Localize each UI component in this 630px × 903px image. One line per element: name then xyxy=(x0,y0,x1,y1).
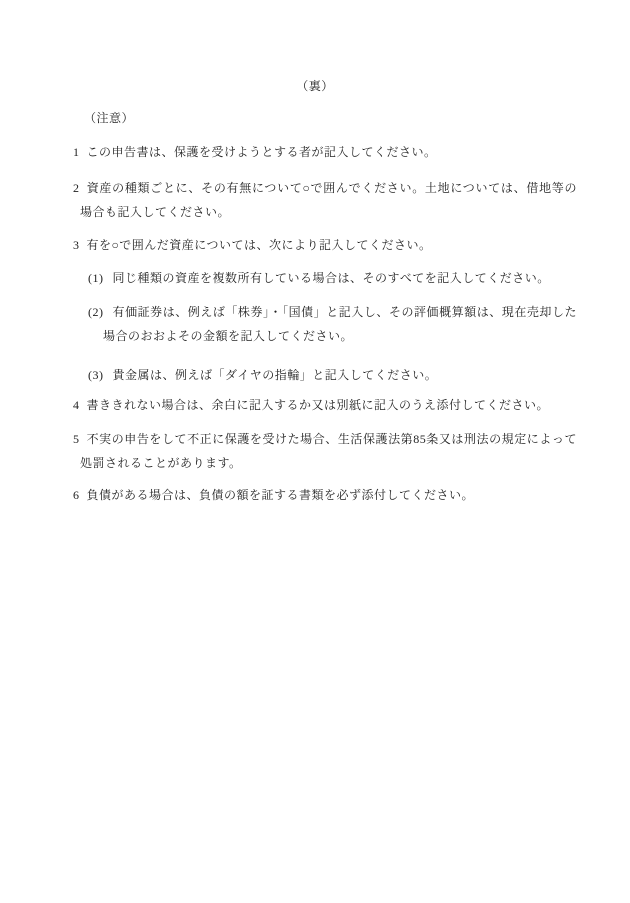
note-item-4-number: 4 xyxy=(73,398,80,412)
note-item-1-number: 1 xyxy=(73,145,80,159)
note-item-6-number: 6 xyxy=(73,488,80,502)
note-item-2-text: 資産の種類ごとに、その有無について○で囲んでください。土地については、借地等の場… xyxy=(80,181,577,219)
note-item-6: 6負債がある場合は、負債の額を証する書類を必ず添付してください。 xyxy=(73,483,577,507)
note-item-3-sub-2-number: (2) xyxy=(88,305,104,319)
note-item-3-sub-3-number: (3) xyxy=(88,368,104,382)
page-side-title: （裏） xyxy=(53,74,577,98)
note-item-1-text: この申告書は、保護を受けようとする者が記入してください。 xyxy=(87,145,437,159)
note-item-5-number: 5 xyxy=(73,432,80,446)
note-item-3-sub-2-text: 有価証券は、例えば「株券」・「国債」と記入し、その評価概算額は、現在売却した場合… xyxy=(103,305,577,343)
note-item-3-sub-1-number: (1) xyxy=(88,271,104,285)
note-item-5-text: 不実の申告をして不正に保護を受けた場合、生活保護法第85条又は刑法の規定によって… xyxy=(80,432,577,470)
note-item-1: 1この申告書は、保護を受けようとする者が記入してください。 xyxy=(73,140,577,164)
note-item-5: 5不実の申告をして不正に保護を受けた場合、生活保護法第85条又は刑法の規定によっ… xyxy=(73,427,577,475)
note-item-3-text: 有を○で囲んだ資産については、次により記入してください。 xyxy=(87,238,432,252)
note-item-4-text: 書ききれない場合は、余白に記入するか又は別紙に記入のうえ添付してください。 xyxy=(87,398,550,412)
note-item-4: 4書ききれない場合は、余白に記入するか又は別紙に記入のうえ添付してください。 xyxy=(73,393,577,417)
note-item-6-text: 負債がある場合は、負債の額を証する書類を必ず添付してください。 xyxy=(87,488,475,502)
notice-heading: （注意） xyxy=(73,106,577,130)
note-item-3-sub-1-text: 同じ種類の資産を複数所有している場合は、そのすべてを記入してください。 xyxy=(113,271,550,285)
document-page: （裏） （注意） 1この申告書は、保護を受けようとする者が記入してください。 2… xyxy=(0,0,630,903)
note-item-3-sub-2: (2)有価証券は、例えば「株券」・「国債」と記入し、その評価概算額は、現在売却し… xyxy=(88,300,577,348)
note-item-3-sub-3-text: 貴金属は、例えば「ダイヤの指輪」と記入してください。 xyxy=(113,368,438,382)
note-item-3-sub-3: (3)貴金属は、例えば「ダイヤの指輪」と記入してください。 xyxy=(88,363,577,387)
note-item-3-number: 3 xyxy=(73,238,80,252)
note-item-3: 3有を○で囲んだ資産については、次により記入してください。 xyxy=(73,233,577,257)
note-item-2-number: 2 xyxy=(73,181,80,195)
note-item-3-sub-1: (1)同じ種類の資産を複数所有している場合は、そのすべてを記入してください。 xyxy=(88,266,577,290)
note-item-2: 2資産の種類ごとに、その有無について○で囲んでください。土地については、借地等の… xyxy=(73,176,577,224)
